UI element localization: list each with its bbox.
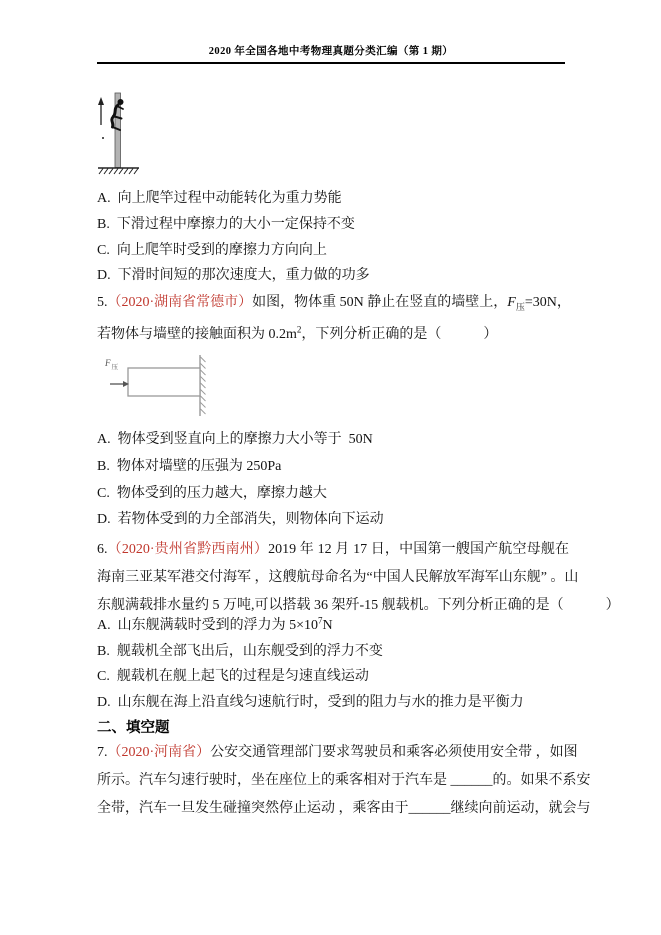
block [128, 368, 200, 396]
q5-option-a: A. 物体受到竖直向上的摩擦力大小等于 50N [97, 431, 569, 448]
header-divider [97, 62, 565, 64]
q6-option-c: C. 舰载机在舰上起飞的过程是匀速直线运动 [97, 668, 569, 685]
q6-option-d: D. 山东舰在海上沿直线匀速航行时，受到的阻力与水的推力是平衡力 [97, 694, 569, 711]
force-arrow-icon [110, 381, 129, 387]
q5-option-d: D. 若物体受到的力全部消失，则物体向下运动 [97, 511, 569, 528]
q5-stem-line-2: 若物体与墙壁的接触面积为 0.2m2，下列分析正确的是（ ） [97, 326, 569, 343]
pole-climb-figure [93, 92, 145, 178]
q6-stem-line-3: 东舰满载排水量约 5 万吨,可以搭载 36 架歼-15 舰载机。下列分析正确的是… [97, 597, 569, 614]
q6-stem-line-2: 海南三亚某军港交付海军 ，这艘航母命名为“中国人民解放军海军山东舰” 。山 [97, 569, 569, 586]
q7-stem-line-2: 所示。汽车匀速行驶时，坐在座位上的乘客相对于汽车是 ______的。如果不系安 [97, 772, 569, 789]
q6-stem-line-1: 6.（2020·贵州省黔西南州）2019 年 12 月 17 日，中国第一艘国产… [97, 541, 569, 558]
ground-hatching [98, 168, 139, 174]
q7-stem-line-3: 全带，汽车一旦发生碰撞突然停止运动 ，乘客由于______继续向前运动，就会与 [97, 800, 569, 817]
q5-option-c: C. 物体受到的压力越大，摩擦力越大 [97, 485, 569, 502]
q5-stem-line-1: 5.（2020·湖南省常德市）如图，物体重 50N 静止在竖直的墙壁上，F压=3… [97, 294, 569, 311]
q5-option-b: B. 物体对墙壁的压强为 250Pa [97, 458, 569, 475]
force-label-sub: 压 [112, 363, 119, 371]
force-label-F: F [104, 358, 111, 368]
q6-option-a: A. 山东舰满载时受到的浮力为 5×107N [97, 617, 569, 634]
wall-hatching [200, 355, 206, 416]
page-header-title: 2020 年全国各地中考物理真题分类汇编（第 1 期） [97, 43, 565, 58]
q4-option-c: C. 向上爬竿时受到的摩擦力方向向上 [97, 242, 569, 259]
up-arrow-icon [98, 97, 104, 139]
q4-option-d: D. 下滑时间短的那次速度大，重力做的功多 [97, 267, 569, 284]
document-page: 2020 年全国各地中考物理真题分类汇编（第 1 期） A. 向上爬竿过程中动能… [0, 0, 661, 935]
q6-option-b: B. 舰载机全部飞出后，山东舰受到的浮力不变 [97, 643, 569, 660]
section-heading-fill-in: 二、填空题 [97, 720, 569, 737]
q7-stem-line-1: 7.（2020·河南省）公安交通管理部门要求驾驶员和乘客必须使用安全带 ，如图 [97, 744, 569, 761]
q4-option-b: B. 下滑过程中摩擦力的大小一定保持不变 [97, 216, 569, 233]
block-wall-figure: F 压 [95, 354, 209, 420]
q4-option-a: A. 向上爬竿过程中动能转化为重力势能 [97, 190, 569, 207]
